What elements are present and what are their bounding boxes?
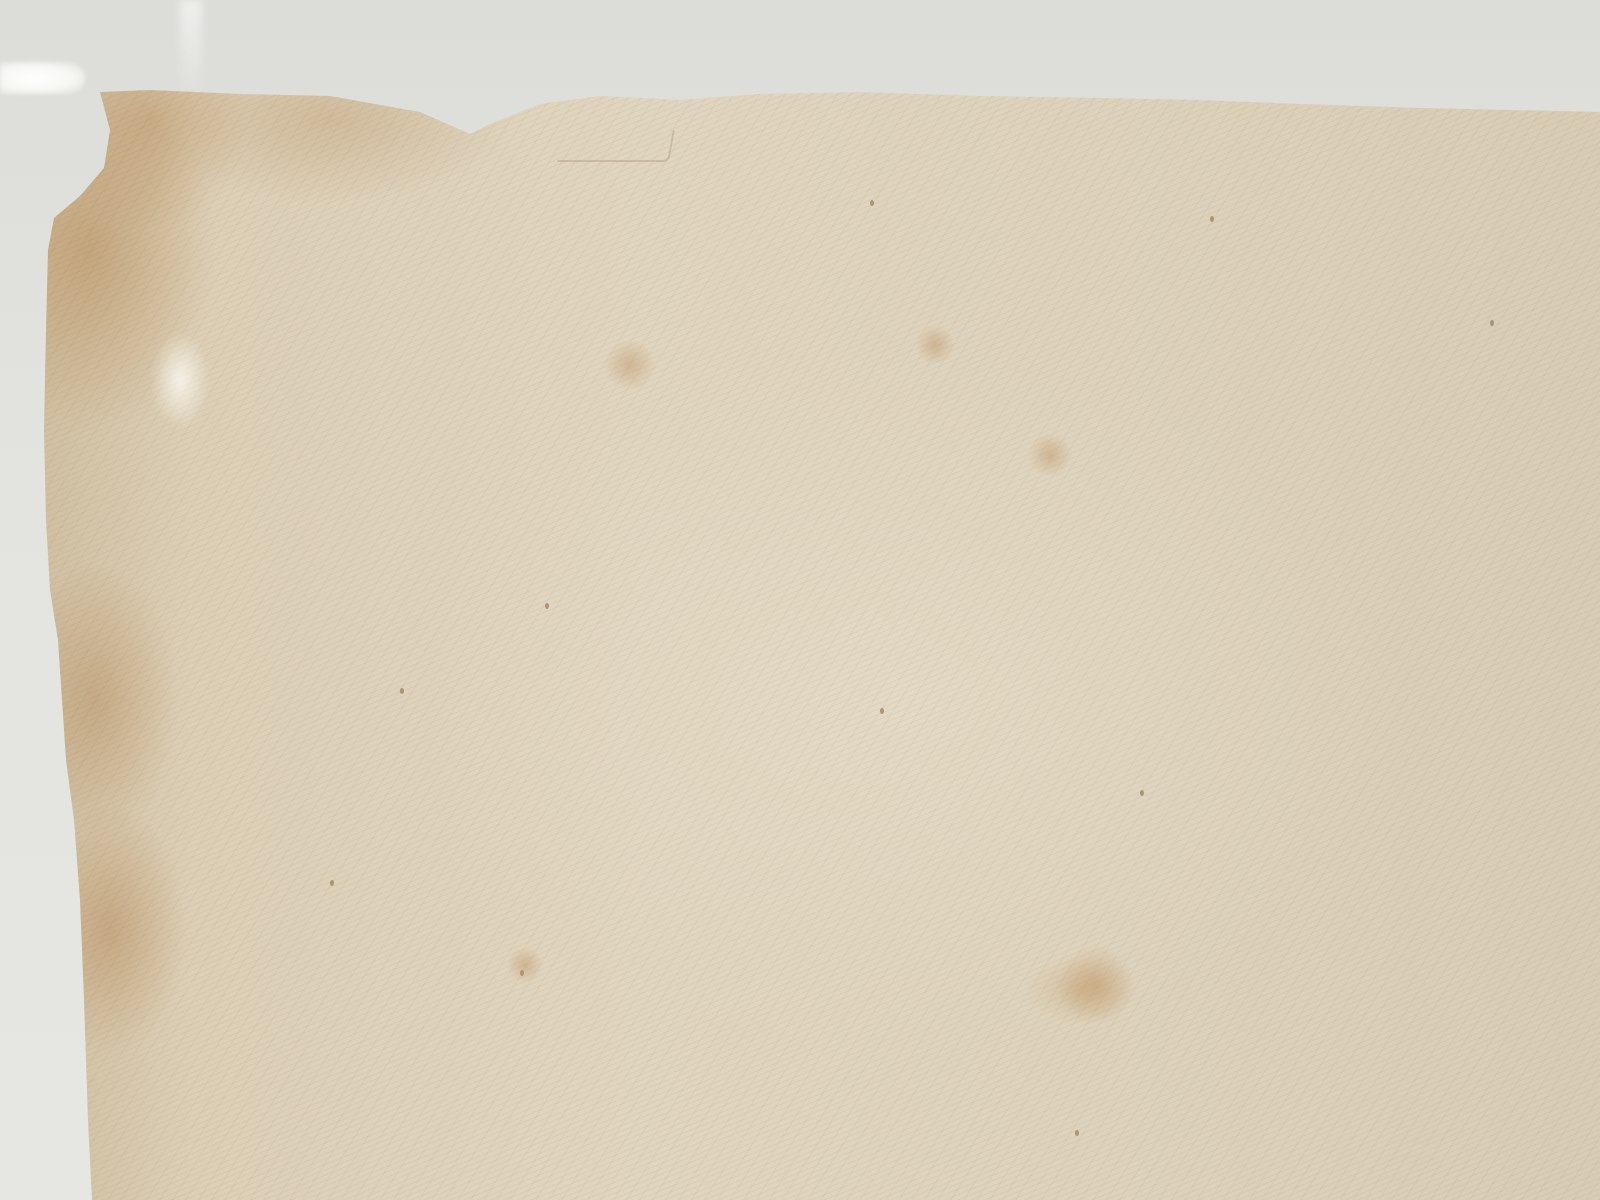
photo-scene [0, 0, 1600, 1200]
paper-crease [557, 130, 675, 162]
fiber-speck [1490, 320, 1494, 326]
fiber-speck [400, 688, 404, 694]
paper-highlight [150, 330, 210, 430]
fiber-speck [1075, 1130, 1079, 1136]
stain-spot [1028, 433, 1072, 477]
fiber-speck [545, 603, 549, 609]
stain-spot [1055, 945, 1135, 1025]
stain-spot [915, 325, 955, 365]
fiber-speck [880, 708, 884, 714]
paper-fiber-texture [0, 0, 1600, 1200]
fiber-speck [330, 880, 334, 886]
stain-spot [604, 339, 656, 391]
fiber-speck [1140, 790, 1144, 796]
fiber-speck [870, 200, 874, 206]
light-streak [180, 0, 202, 100]
handmade-paper-sheet [0, 0, 1600, 1200]
fiber-speck [1210, 216, 1214, 222]
light-glare [0, 62, 85, 94]
stain-spot [507, 947, 543, 983]
